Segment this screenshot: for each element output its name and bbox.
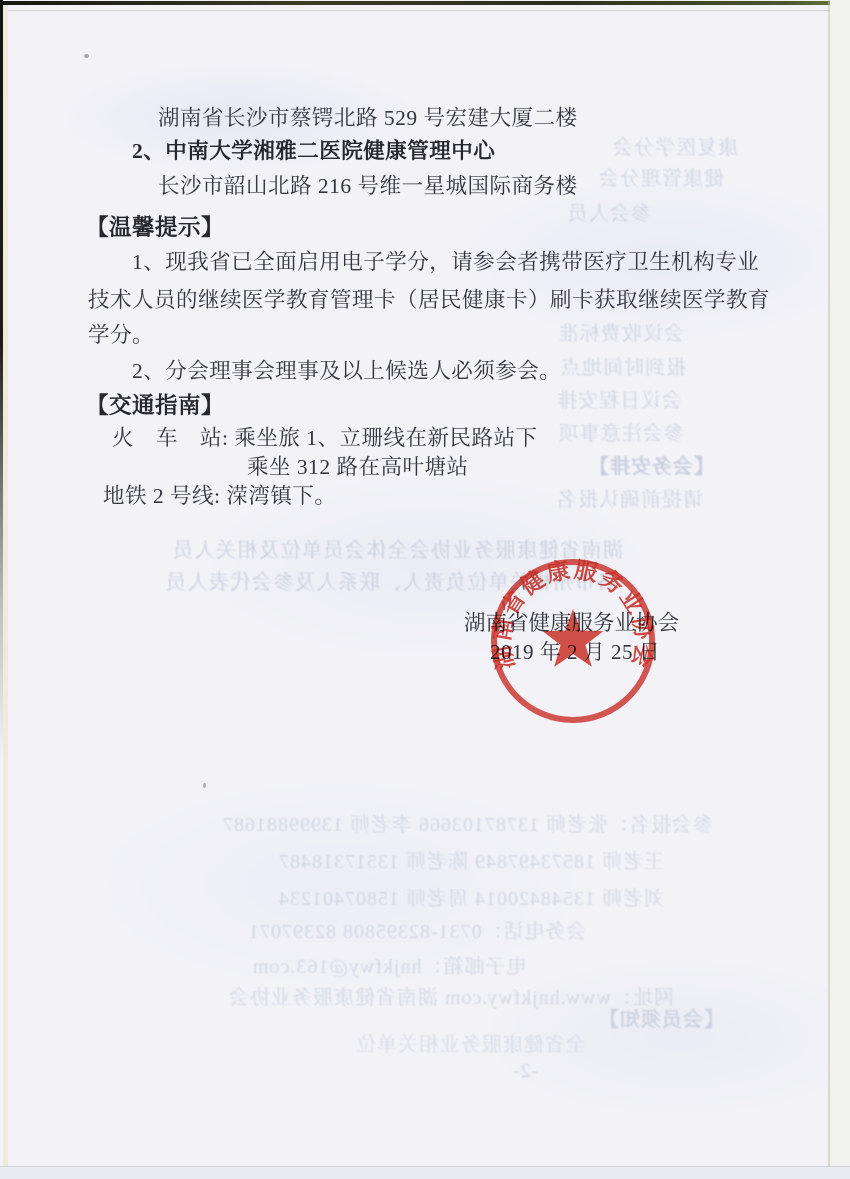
scan-left-cream-strip [3, 5, 8, 1179]
bleedthrough-text: 会议收费标准 [558, 317, 684, 346]
venue-item-xiangya-hospital: 2、中南大学湘雅二医院健康管理中心 [132, 134, 495, 165]
bleedthrough-text: 全省健康服务业相关单位 [355, 1028, 586, 1057]
bleedthrough-text: 请提前确认报名 [556, 483, 703, 512]
bleedthrough-text: 王老师 18573497849 陈老师 13517318487 [278, 845, 664, 874]
tip-1-line-2: 技术人员的继续医学教育管理卡（居民健康卡）刷卡获取继续医学教育 [88, 283, 770, 314]
traffic-metro-line: 地铁 2 号线: 溁湾镇下。 [103, 479, 336, 510]
scanned-document-page: { "document": { "lines": [ {"text": "湖南省… [0, 0, 850, 1179]
address-line-shaoshan-road: 长沙市韶山北路 216 号维一星城国际商务楼 [158, 169, 578, 200]
bleedthrough-text: 参会报名：张老师 13787103666 李老师 13999881687 [222, 808, 713, 837]
section-heading-warm-tips: 【温馨提示】 [86, 210, 224, 242]
scan-top-faint-line [0, 10, 850, 11]
tip-1-line-3: 学分。 [88, 318, 154, 349]
bleedthrough-text: 【会员须知】 [598, 1003, 724, 1032]
bleedthrough-page-number: -2- [512, 1060, 538, 1083]
scan-bottom-band [0, 1166, 850, 1179]
scan-speck [203, 783, 206, 788]
star-icon [543, 609, 604, 667]
bleedthrough-text: 电子邮箱：hnjkfwy@163.com [252, 950, 527, 979]
bleedthrough-text: 会务电话：0731-82395808 82397071 [248, 915, 587, 944]
bleedthrough-text: 会议日程安排 [556, 384, 682, 413]
scan-right-band [830, 0, 850, 1179]
traffic-train-station-line-1: 火 车 站: 乘坐旅 1、立珊线在新民路站下 [112, 421, 537, 452]
scan-speck [84, 54, 89, 58]
bleedthrough-text: 【会务安排】 [588, 450, 714, 479]
bleedthrough-text: 参会注意事项 [558, 417, 684, 446]
bleedthrough-text: 刘老师 13548420014 周老师 15807401234 [278, 882, 664, 911]
official-red-seal: 湖南省健康服务业协会 [489, 557, 657, 725]
bleedthrough-text: 参会人员 [567, 197, 651, 226]
bleedthrough-text: 康复医学分会 [612, 131, 738, 160]
tip-2-line: 2、分会理事会理事及以上候选人必须参会。 [132, 354, 561, 385]
traffic-train-station-line-2: 乘坐 312 路在高叶塘站 [247, 450, 469, 481]
bleedthrough-text: 健康管理分会 [598, 162, 724, 191]
section-heading-traffic-guide: 【交通指南】 [86, 388, 224, 420]
tip-1-line-1: 1、现我省已全面启用电子学分，请参会者携带医疗卫生机构专业 [132, 245, 759, 276]
scan-top-edge [0, 1, 850, 5]
bleedthrough-text: 报到时间地点 [560, 351, 686, 380]
address-line-hongjian-building: 湖南省长沙市蔡锷北路 529 号宏建大厦二楼 [158, 101, 578, 132]
